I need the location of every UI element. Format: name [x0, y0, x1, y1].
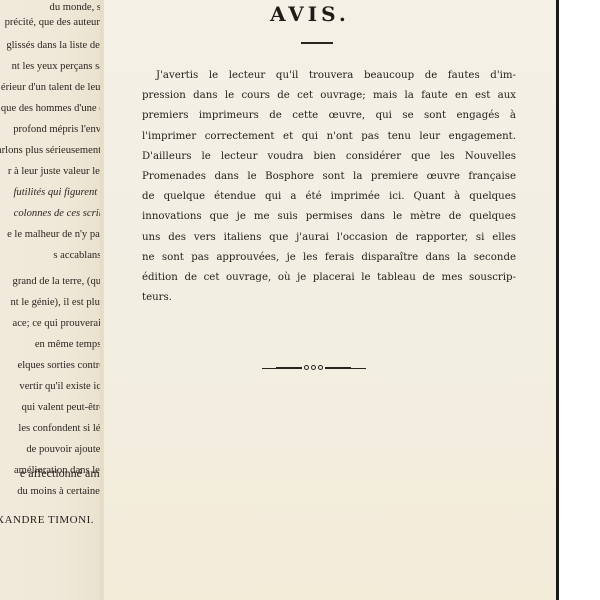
left-page-line: que des hommes d'une ç — [1, 103, 104, 114]
left-page-line: les confondent si lé- — [18, 423, 104, 434]
notice-paragraph: J'avertis le lecteur qu'il trouvera beau… — [142, 66, 516, 308]
left-page-line: elques sorties contre — [18, 360, 105, 371]
paragraph-line: Promenades dans le Bosphore sont la prem… — [142, 167, 516, 187]
left-page-line: futilités qui figurent s — [13, 187, 104, 198]
left-page-line: profond mépris l'envi — [13, 124, 104, 135]
left-page: du monde, siprécité, que des auteursglis… — [0, 0, 108, 600]
book-spread: du monde, siprécité, que des auteursglis… — [0, 0, 600, 600]
title-rule-divider — [301, 42, 333, 44]
left-page-line: r à leur juste valeur les — [8, 166, 104, 177]
paragraph-line: innovations que je me suis permises dans… — [142, 207, 516, 227]
tail-piece-ornament-icon — [262, 365, 366, 371]
left-page-line: de pouvoir ajouter — [26, 444, 104, 455]
left-page-line: parlons plus sérieusement; — [0, 145, 104, 156]
paragraph-line: D'ailleurs le lecteur voudra bien consid… — [142, 147, 516, 167]
left-page-line: nt le génie), il est plus — [10, 297, 104, 308]
paragraph-line: uns des vers italiens que j'aurai l'occa… — [142, 228, 516, 248]
left-page-line: ace; ce qui prouverait — [13, 318, 104, 329]
paragraph-line: J'avertis le lecteur qu'il trouvera beau… — [142, 66, 516, 86]
left-page-line: du monde, si — [50, 2, 104, 13]
paragraph-line: premiers imprimeurs de cette œuvre, qui … — [142, 106, 516, 126]
page-title: AVIS. — [260, 2, 360, 26]
left-page-line: colonnes de ces scrib — [14, 208, 104, 219]
left-page-line: glissés dans la liste des — [6, 40, 104, 51]
left-page-line: précité, que des auteurs — [5, 17, 104, 28]
page-edge — [556, 0, 559, 600]
left-page-line: en même temps. — [35, 339, 104, 350]
left-page-line: vertir qu'il existe ici — [19, 381, 104, 392]
left-page-line: érieur d'un talent de leur — [1, 82, 104, 93]
paragraph-line: de quelque étendue qui a été imprimée ic… — [142, 187, 516, 207]
paragraph-line: teurs. — [142, 288, 516, 308]
paragraph-line: ne sont pas approuvées, je les ferais di… — [142, 248, 516, 268]
left-page-line: du moins à certaines — [17, 486, 104, 497]
paragraph-line: l'imprimer correctement et qui n'ont pas… — [142, 127, 516, 147]
paragraph-line: pression dans le cours de cet ouvrage; m… — [142, 86, 516, 106]
paragraph-line: édition de cet ouvrage, où je placerai l… — [142, 268, 516, 288]
signature: XANDRE TIMONI. — [0, 514, 94, 526]
left-page-line: e le malheur de n'y pas — [7, 229, 104, 240]
left-page-line: grand de la terre, (qui — [13, 276, 104, 287]
left-page-line: qui valent peut-être — [22, 402, 104, 413]
left-page-line: nt les yeux perçans sa — [12, 61, 104, 72]
left-page-line: s accablans. — [53, 250, 104, 261]
closing-line: e affectionné ami, — [20, 466, 106, 481]
